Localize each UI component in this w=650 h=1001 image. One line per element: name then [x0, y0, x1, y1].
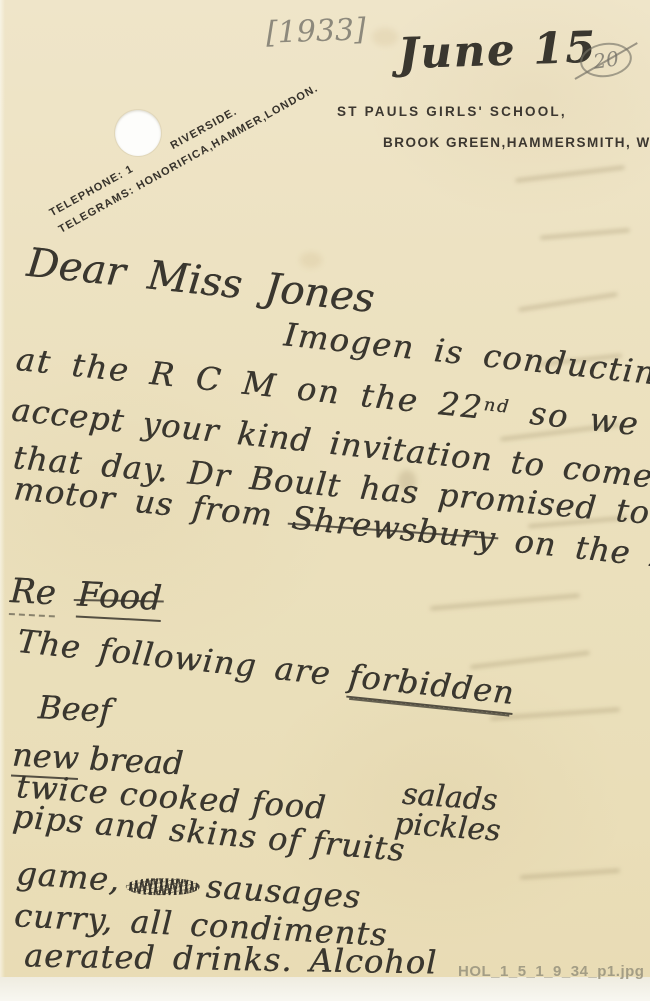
paper-stain — [300, 252, 322, 268]
side-item-pickles: pickles — [393, 806, 502, 848]
school-address: BROOK GREEN,HAMMERSMITH, W. 6. — [383, 135, 650, 150]
year-annotation: [1933] — [265, 12, 366, 50]
list-item-aerated-drinks: aerated drinks. Alcohol — [24, 936, 438, 981]
archive-filename-watermark: HOL_1_5_1_9_34_p1.jpg — [458, 963, 644, 980]
scanned-letter: [1933] June 15 20 TELEPHONE: 1RIVERSIDE.… — [0, 0, 650, 1001]
ordinal-superscript: nd — [483, 395, 512, 418]
list-item-beef: Beef — [37, 688, 112, 730]
cancelled-number-text: 20 — [592, 46, 621, 73]
scribbled-out-word — [126, 878, 200, 895]
food-word: Food — [76, 575, 163, 622]
re-word: Re — [9, 571, 57, 617]
paper-stain — [372, 28, 398, 46]
re-food-heading: Re Food — [9, 571, 163, 619]
school-name: ST PAULS GIRLS' SCHOOL, — [337, 104, 567, 119]
paper-left-edge — [0, 0, 5, 977]
game-word: game, — [15, 854, 121, 899]
hole-punch — [115, 110, 161, 156]
handwritten-date: June 15 — [397, 23, 598, 80]
scan-backdrop — [0, 977, 650, 1001]
